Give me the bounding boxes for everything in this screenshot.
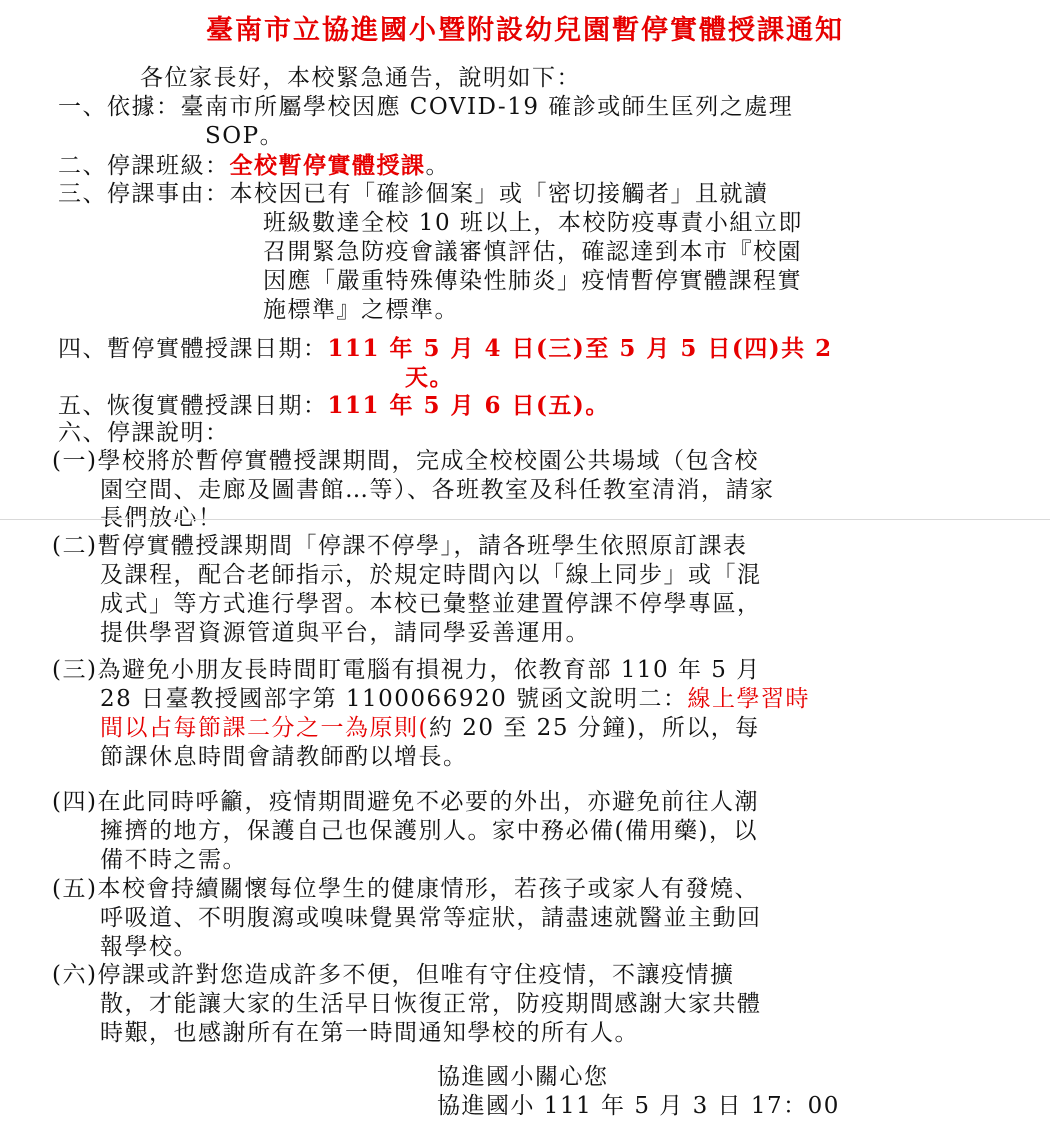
text-line: 三、停課事由：本校因已有「確診個案」或「密切接觸者」且就讀 [58, 180, 769, 209]
text-line: 召開緊急防疫會議審慎評估，確認達到本市『校園 [263, 238, 802, 267]
text-segment: (三)為避免小朋友長時間盯電腦有損視力，依教育部 110 年 5 月 [52, 657, 761, 683]
text-segment: 全校暫停實體授課 [230, 152, 426, 179]
text-segment: 28 日臺教授國部字第 1100066920 號函文說明二： [100, 686, 688, 712]
text-segment: 園空間、走廊及圖書館…等）、各班教室及科任教室清消，請家 [100, 477, 775, 503]
text-segment: 線上學習時 [688, 686, 811, 712]
text-line: 呼吸道、不明腹瀉或嗅味覺異常等症狀，請盡速就醫並主動回 [100, 904, 762, 933]
text-segment: 間以占每節課二分之一為原則( [100, 715, 429, 741]
text-segment: 111 年 5 月 4 日(三)至 5 月 5 日(四)共 2 [328, 335, 833, 362]
section-divider [0, 519, 1050, 520]
text-segment: 擁擠的地方，保護自己也保護別人。家中務必備(備用藥)，以 [100, 818, 758, 844]
text-line: 散，才能讓大家的生活早日恢復正常，防疫期間感謝大家共體 [100, 990, 762, 1019]
text-line: 一、依據：臺南市所屬學校因應 COVID-19 確診或師生匡列之處理 [58, 93, 793, 122]
text-line: (一)學校將於暫停實體授課期間，完成全校校園公共場域（包含校 [52, 447, 759, 476]
text-segment: 約 20 至 25 分鐘)，所以，每 [429, 715, 760, 741]
text-segment: SOP。 [205, 123, 284, 149]
text-segment: 報學校。 [100, 934, 198, 960]
text-segment: 天。 [405, 364, 454, 391]
text-segment: 二、停課班級： [58, 153, 230, 179]
text-line: 園空間、走廊及圖書館…等）、各班教室及科任教室清消，請家 [100, 476, 775, 505]
text-segment: 時艱，也感謝所有在第一時間通知學校的所有人。 [100, 1020, 639, 1046]
text-line: 天。 [405, 363, 454, 393]
text-line: 協進國小關心您 [437, 1063, 609, 1092]
text-segment: 呼吸道、不明腹瀉或嗅味覺異常等症狀，請盡速就醫並主動回 [100, 905, 762, 931]
text-segment: 提供學習資源管道與平台，請同學妥善運用。 [100, 620, 590, 646]
text-segment: 一、依據：臺南市所屬學校因應 COVID-19 確診或師生匡列之處理 [58, 94, 793, 120]
text-segment: (六)停課或許對您造成許多不便，但唯有守住疫情，不讓疫情擴 [52, 962, 734, 988]
text-line: (二)暫停實體授課期間「停課不停學」，請各班學生依照原訂課表 [52, 532, 747, 561]
text-segment: 及課程，配合老師指示，於規定時間內以「線上同步」或「混 [100, 562, 762, 588]
text-segment: 班級數達全校 10 班以上，本校防疫專責小組立即 [263, 210, 803, 236]
text-line: 四、暫停實體授課日期：111 年 5 月 4 日(三)至 5 月 5 日(四)共… [58, 334, 833, 364]
text-segment: 因應「嚴重特殊傳染性肺炎」疫情暫停實體課程實 [263, 268, 802, 294]
text-segment: 協進國小 111 年 5 月 3 日 17：00 [437, 1093, 840, 1119]
text-segment: 備不時之需。 [100, 847, 247, 873]
text-segment: 長們放心！ [100, 505, 223, 531]
text-line: 因應「嚴重特殊傳染性肺炎」疫情暫停實體課程實 [263, 267, 802, 296]
text-line: 時艱，也感謝所有在第一時間通知學校的所有人。 [100, 1019, 639, 1048]
text-line: 六、停課說明： [58, 419, 230, 448]
text-segment: 各位家長好，本校緊急通告，說明如下： [140, 65, 581, 91]
text-line: 成式」等方式進行學習。本校已彙整並建置停課不停學專區， [100, 590, 762, 619]
text-segment: 散，才能讓大家的生活早日恢復正常，防疫期間感謝大家共體 [100, 991, 762, 1017]
text-segment: 節課休息時間會請教師酌以增長。 [100, 744, 468, 770]
text-line: 提供學習資源管道與平台，請同學妥善運用。 [100, 619, 590, 648]
text-segment: (一)學校將於暫停實體授課期間，完成全校校園公共場域（包含校 [52, 448, 759, 474]
text-line: 及課程，配合老師指示，於規定時間內以「線上同步」或「混 [100, 561, 762, 590]
text-segment: 召開緊急防疫會議審慎評估，確認達到本市『校園 [263, 239, 802, 265]
text-line: (五)本校會持續關懷每位學生的健康情形，若孩子或家人有發燒、 [52, 875, 759, 904]
text-segment: 三、停課事由：本校因已有「確診個案」或「密切接觸者」且就讀 [58, 181, 769, 207]
notice-title: 臺南市立協進國小暨附設幼兒園暫停實體授課通知 [0, 8, 1050, 47]
text-line: 協進國小 111 年 5 月 3 日 17：00 [437, 1092, 840, 1121]
text-line: (六)停課或許對您造成許多不便，但唯有守住疫情，不讓疫情擴 [52, 961, 734, 990]
text-line: 五、恢復實體授課日期：111 年 5 月 6 日(五)。 [58, 391, 610, 421]
text-segment: 成式」等方式進行學習。本校已彙整並建置停課不停學專區， [100, 591, 762, 617]
text-segment: 協進國小關心您 [437, 1064, 609, 1090]
text-segment: 六、停課說明： [58, 420, 230, 446]
text-line: 擁擠的地方，保護自己也保護別人。家中務必備(備用藥)，以 [100, 817, 758, 846]
text-line: 28 日臺教授國部字第 1100066920 號函文說明二：線上學習時 [100, 685, 810, 714]
text-line: SOP。 [205, 122, 284, 151]
text-line: (三)為避免小朋友長時間盯電腦有損視力，依教育部 110 年 5 月 [52, 656, 761, 685]
text-segment: (二)暫停實體授課期間「停課不停學」，請各班學生依照原訂課表 [52, 533, 747, 559]
text-segment: 四、暫停實體授課日期： [58, 336, 328, 362]
text-line: 備不時之需。 [100, 846, 247, 875]
text-line: (四)在此同時呼籲，疫情期間避免不必要的外出，亦避免前往人潮 [52, 788, 759, 817]
text-line: 節課休息時間會請教師酌以增長。 [100, 743, 468, 772]
text-segment: 111 年 5 月 6 日(五)。 [328, 392, 610, 419]
text-segment: (四)在此同時呼籲，疫情期間避免不必要的外出，亦避免前往人潮 [52, 789, 759, 815]
notice-page: 臺南市立協進國小暨附設幼兒園暫停實體授課通知 各位家長好，本校緊急通告，說明如下… [0, 0, 1050, 1121]
text-line: 各位家長好，本校緊急通告，說明如下： [140, 64, 581, 93]
text-segment: 五、恢復實體授課日期： [58, 393, 328, 419]
text-line: 報學校。 [100, 933, 198, 962]
text-segment: (五)本校會持續關懷每位學生的健康情形，若孩子或家人有發燒、 [52, 876, 759, 902]
text-segment: 。 [426, 153, 451, 179]
text-line: 班級數達全校 10 班以上，本校防疫專責小組立即 [263, 209, 803, 238]
text-segment: 施標準』之標準。 [263, 297, 459, 323]
text-line: 施標準』之標準。 [263, 296, 459, 325]
text-line: 二、停課班級：全校暫停實體授課。 [58, 151, 450, 181]
text-line: 間以占每節課二分之一為原則(約 20 至 25 分鐘)，所以，每 [100, 714, 760, 743]
